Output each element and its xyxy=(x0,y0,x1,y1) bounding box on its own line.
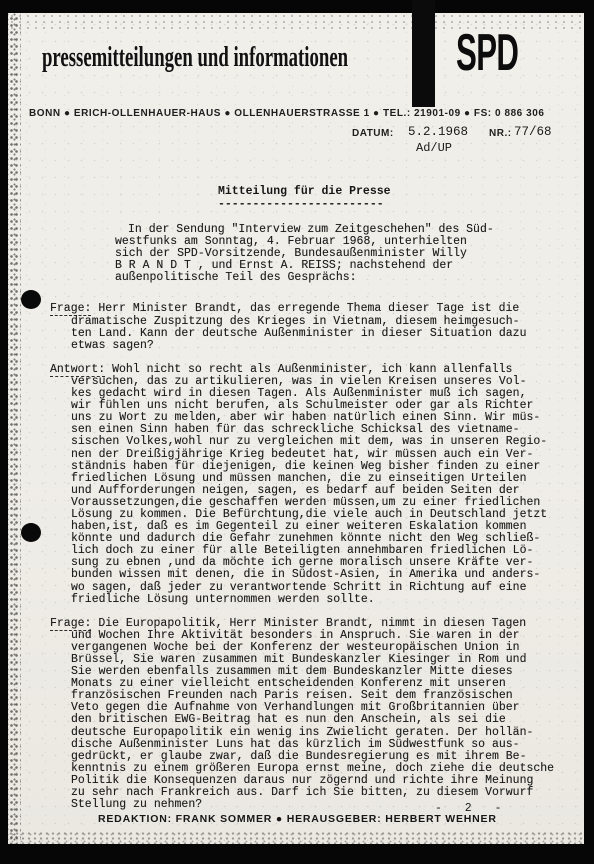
scan-background: pressemitteilungen und informationen SPD… xyxy=(0,0,594,864)
nr-label: NR.: xyxy=(489,128,512,139)
press-title: Mitteilung für die Presse xyxy=(218,186,391,199)
meta-row: DATUM: 5.2.1968 NR.: 77/68 xyxy=(8,125,584,143)
body-line: etwas sagen? xyxy=(71,340,584,352)
document-body: In der Sendung "Interview zum Zeitgesche… xyxy=(8,224,584,823)
nr-value: 77/68 xyxy=(514,125,552,139)
body-line: dramatische Zuspitzung des Krieges in Vi… xyxy=(71,316,584,328)
qa-block: Frage: Herr Minister Brandt, das erregen… xyxy=(8,303,584,351)
scan-noise-bottom-edge xyxy=(8,831,584,844)
press-release-page: pressemitteilungen und informationen SPD… xyxy=(8,13,584,844)
address-line: BONN ● ERICH-OLLENHAUER-HAUS ● OLLENHAUE… xyxy=(29,108,544,119)
body-line: ten Land. Kann der deutsche Außenministe… xyxy=(71,328,584,340)
intro-paragraph: In der Sendung "Interview zum Zeitgesche… xyxy=(8,224,584,284)
footer-imprint: REDAKTION: FRANK SOMMER ● HERAUSGEBER: H… xyxy=(98,813,497,825)
body-line: den britischen EWG-Beitrag hat es nun de… xyxy=(71,714,584,726)
qa-first-line: Frage: Herr Minister Brandt, das erregen… xyxy=(50,303,584,315)
body-line: ständnis haben für diejenigen, die keine… xyxy=(71,461,584,473)
ref-code: Ad/UP xyxy=(416,141,452,155)
press-title-underline: ------------------------ xyxy=(218,199,391,212)
punch-hole-top xyxy=(21,290,41,309)
intro-line: außenpolitische Teil des Gesprächs: xyxy=(115,272,584,284)
body-line: friedlichen Lösung und müssen manchen, d… xyxy=(71,473,584,485)
body-line: wo sagen, daß jeder zu verantwortende Sc… xyxy=(71,582,584,594)
body-line: deutsche Europapolitik ein wenig ins Zwi… xyxy=(71,727,584,739)
body-line: dische Außenminister Luns hat das kürzli… xyxy=(71,739,584,751)
qa-first-line: Frage: Die Europapolitik, Herr Minister … xyxy=(50,618,584,630)
body-line: sischen Volkes,wohl nur zu vergleichen m… xyxy=(71,436,584,448)
datum-value: 5.2.1968 xyxy=(408,125,468,139)
body-line: bunden wissen mit denen, die in Südost-A… xyxy=(71,569,584,581)
body-line: nen der Dreißigjährige Krieg bedeutet ha… xyxy=(71,449,584,461)
punch-hole-bottom xyxy=(21,523,41,542)
spd-logo-bar xyxy=(412,0,435,107)
qa-block: Frage: Die Europapolitik, Herr Minister … xyxy=(8,618,584,812)
qa-block: Antwort: Wohl nicht so recht als Außenmi… xyxy=(8,364,584,606)
masthead-title: pressemitteilungen und informationen xyxy=(42,41,348,75)
body-line: friedliche Lösung unternommen werden sol… xyxy=(71,594,584,606)
spd-logo: SPD xyxy=(456,27,518,79)
press-title-wrap: Mitteilung für die Presse --------------… xyxy=(218,186,391,211)
datum-label: DATUM: xyxy=(352,128,394,139)
